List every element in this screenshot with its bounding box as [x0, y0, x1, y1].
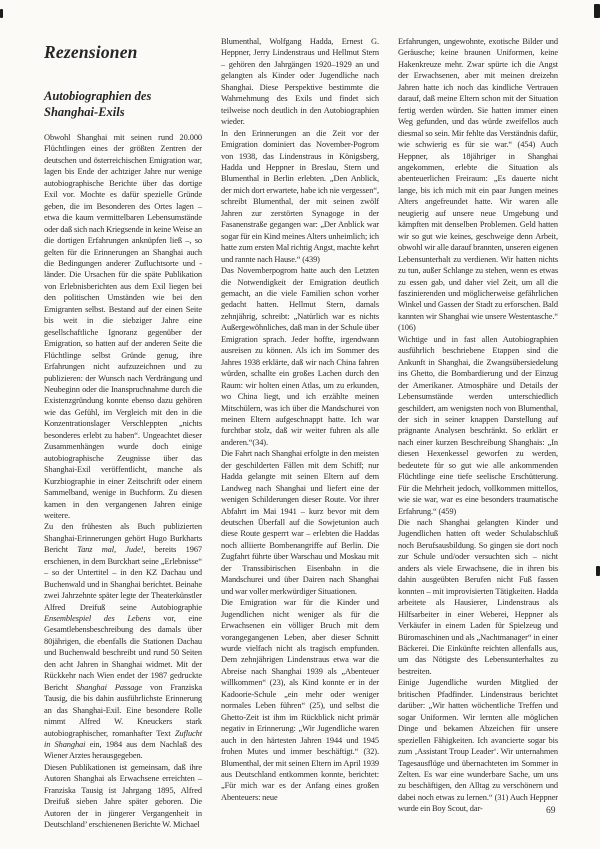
text-run: , bereits 1967 erschienen, in dem Burckh…	[44, 545, 202, 611]
scan-artifact	[594, 4, 600, 18]
paragraph: Diesen Publikationen ist gemeinsam, daß …	[44, 762, 202, 831]
text-run: vor, eine Gesamtlebensbeschreibung des d…	[44, 614, 202, 692]
text-run: Die Fahrt nach Shanghai erfolgte in den …	[221, 449, 379, 595]
text-run: Diesen Publikationen ist gemeinsam, daß …	[44, 763, 202, 829]
text-run: Obwohl Shanghai mit seinen rund 20.000 F…	[44, 133, 202, 520]
text-run: Einige Jugendliche wurden Mitglied der b…	[398, 678, 558, 813]
article-title: Autobiographien des Shanghai-Exils	[44, 88, 202, 120]
paragraph: Erfahrungen, ungewohnte, exotische Bilde…	[398, 36, 558, 334]
paragraph: Zu den frühesten als Buch publizierten S…	[44, 521, 202, 762]
paragraph: Das Novemberpogrom hatte auch den Letzte…	[221, 265, 379, 448]
paragraph: Wichtige und in fast allen Autobiographi…	[398, 334, 558, 517]
paragraph: Die Fahrt nach Shanghai erfolgte in den …	[221, 448, 379, 597]
column-right: Erfahrungen, ungewohnte, exotische Bilde…	[398, 36, 558, 815]
paragraph: Die nach Shanghai gelangten Kinder und J…	[398, 517, 558, 677]
book-title: Ensemblespiel des Lebens	[44, 614, 151, 623]
paragraph: In den Erinnerungen an die Zeit vor der …	[221, 128, 379, 265]
text-run: Die nach Shanghai gelangten Kinder und J…	[398, 518, 558, 676]
page-number: 69	[546, 806, 556, 816]
column-left-text: Obwohl Shanghai mit seinen rund 20.000 F…	[44, 132, 202, 831]
text-run: Die Emigration war für die Kinder und Ju…	[221, 598, 379, 802]
scan-artifact	[596, 566, 600, 576]
paragraph: Die Emigration war für die Kinder und Ju…	[221, 597, 379, 803]
text-run: Blumenthal, Wolfgang Hadda, Ernest G. He…	[221, 37, 379, 126]
section-title: Rezensionen	[44, 42, 202, 63]
column-middle: Blumenthal, Wolfgang Hadda, Ernest G. He…	[221, 36, 379, 803]
column-left: Rezensionen Autobiographien des Shanghai…	[44, 36, 202, 831]
paragraph: Einige Jugendliche wurden Mitglied der b…	[398, 677, 558, 814]
text-run: Erfahrungen, ungewohnte, exotische Bilde…	[398, 37, 558, 332]
book-title: Shanghai Passage	[76, 683, 142, 692]
scan-artifact	[0, 9, 3, 18]
book-title: Tanz mal, Jude!	[77, 545, 143, 554]
paragraph: Obwohl Shanghai mit seinen rund 20.000 F…	[44, 132, 202, 521]
paragraph: Blumenthal, Wolfgang Hadda, Ernest G. He…	[221, 36, 379, 128]
text-run: Wichtige und in fast allen Autobiographi…	[398, 335, 558, 516]
document-page: Rezensionen Autobiographien des Shanghai…	[0, 0, 600, 849]
text-run: Das Novemberpogrom hatte auch den Letzte…	[221, 266, 379, 447]
text-run: In den Erinnerungen an die Zeit vor der …	[221, 129, 379, 264]
